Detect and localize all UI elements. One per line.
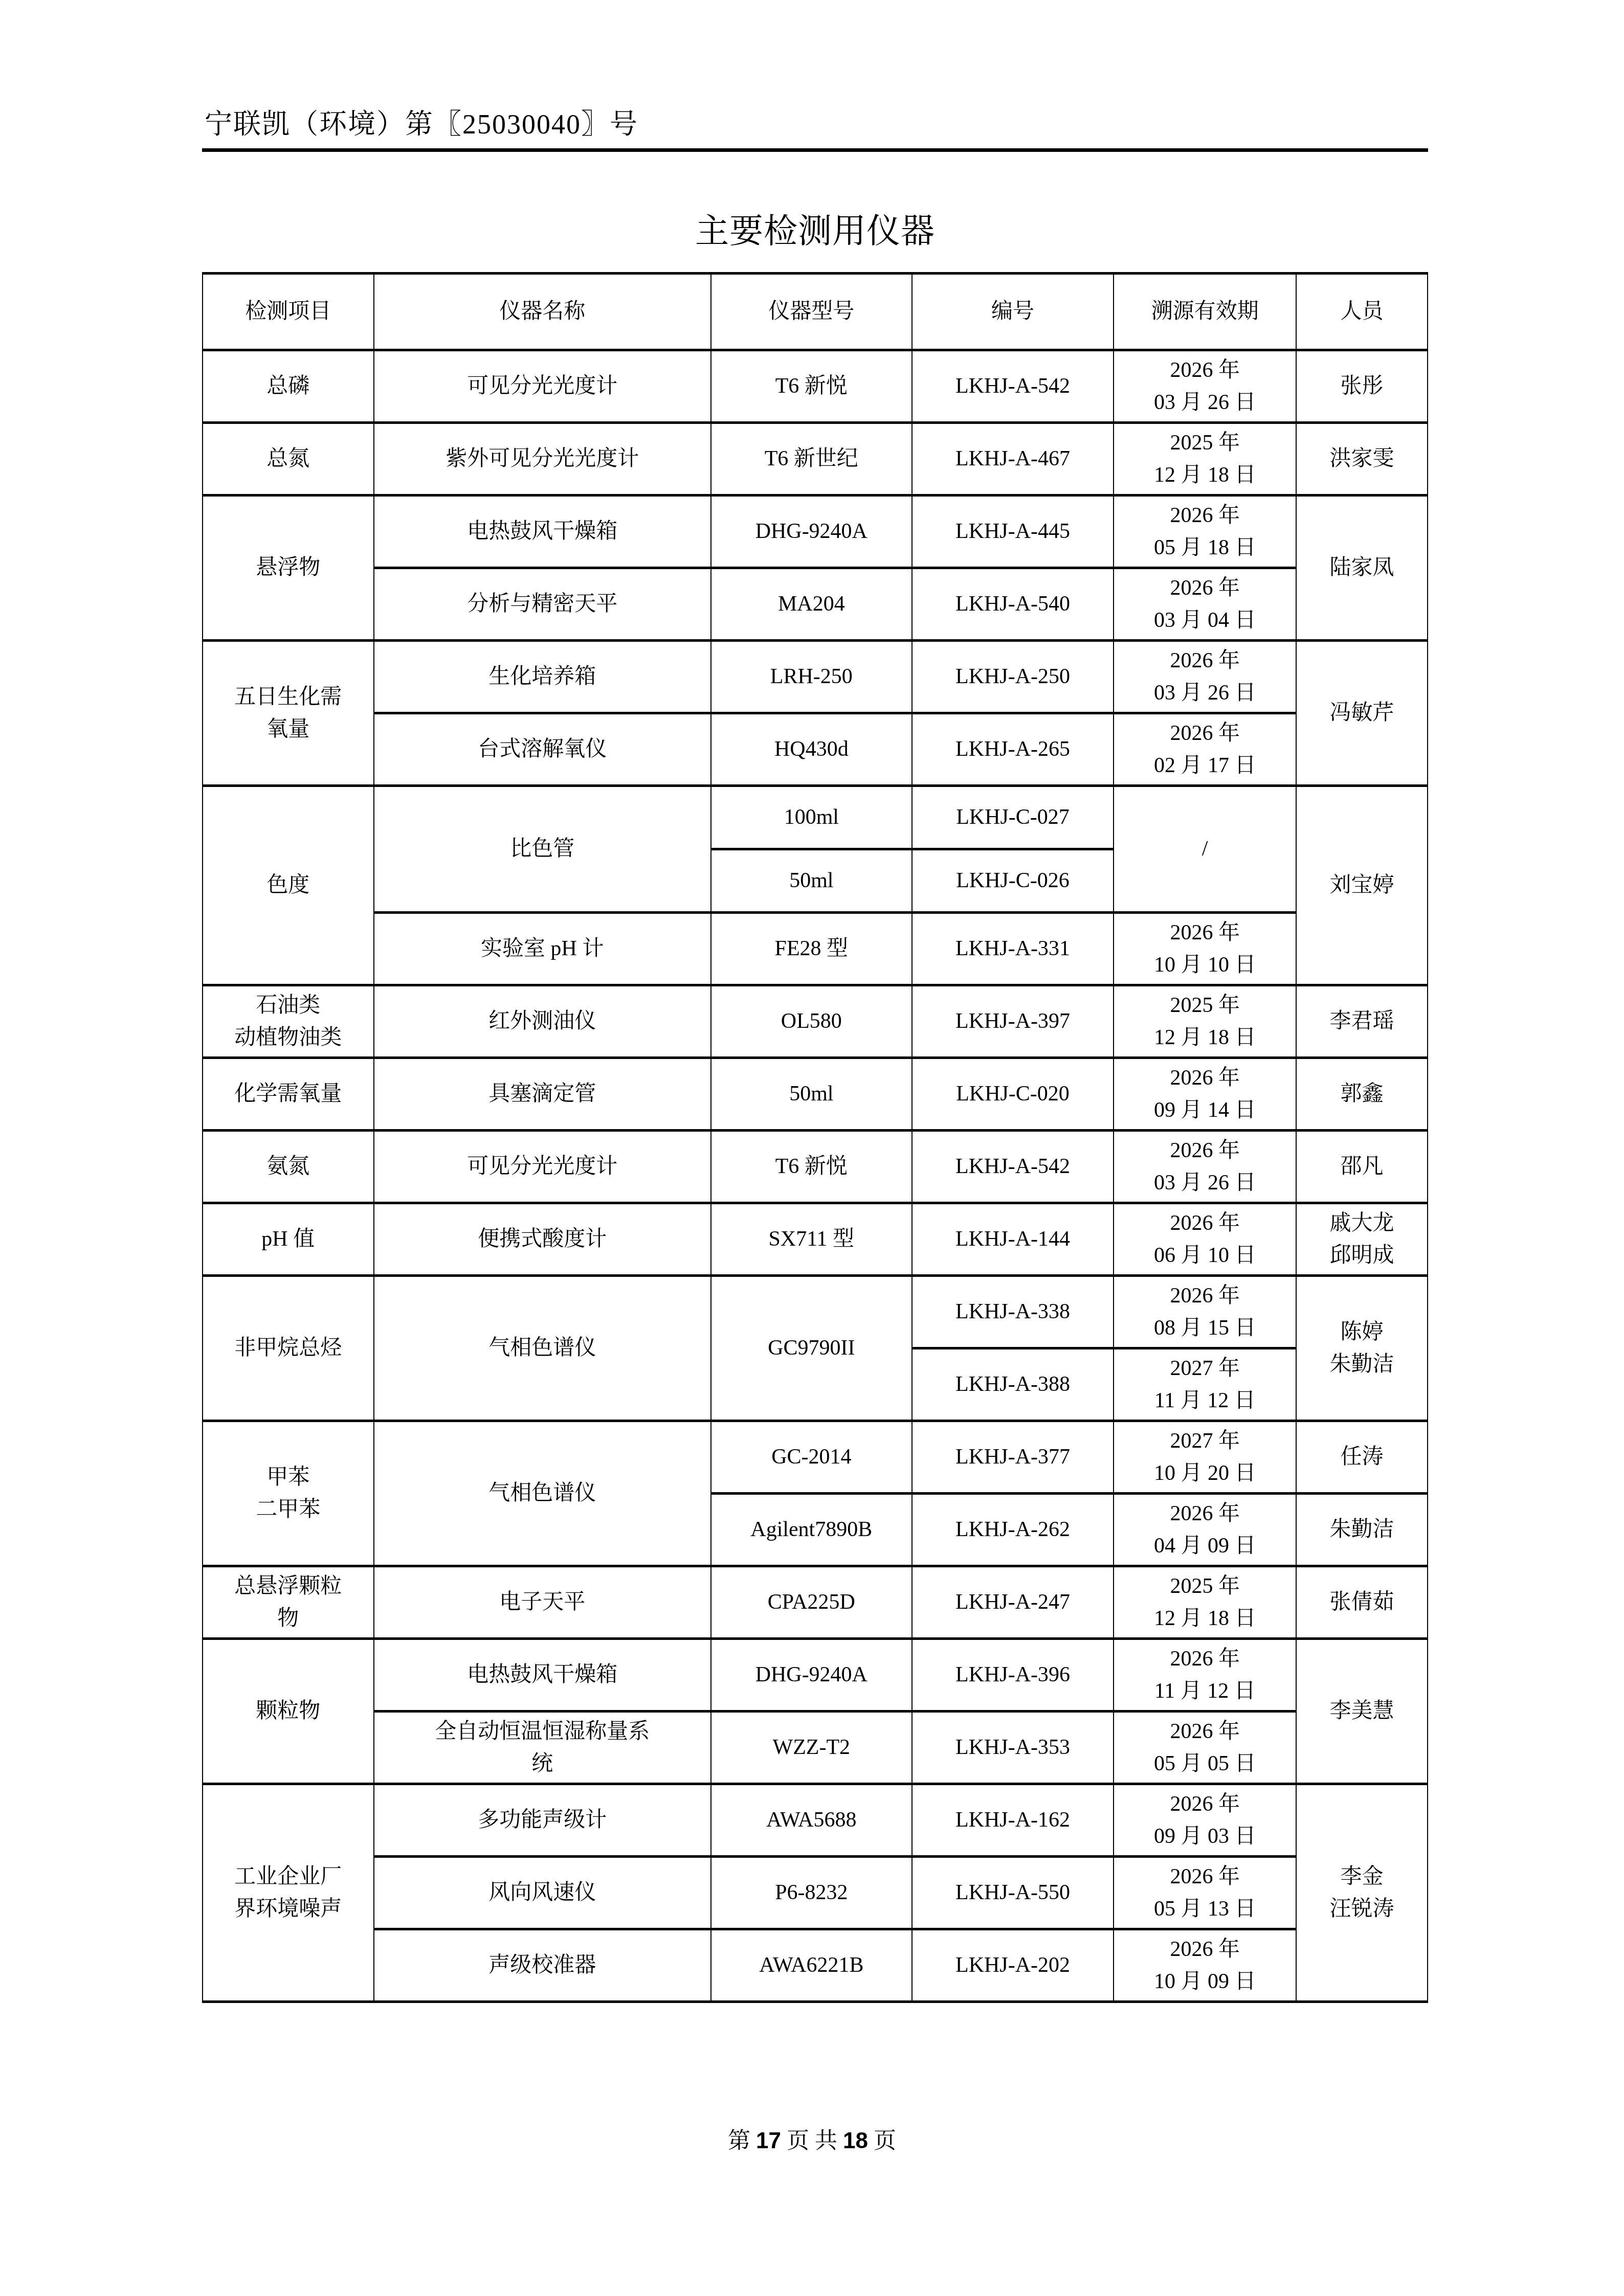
table-cell: 任涛 bbox=[1296, 1421, 1428, 1494]
table-row: 总氮 紫外可见分光光度计 T6 新世纪 LKHJ-A-467 2025 年 12… bbox=[203, 423, 1428, 496]
page-title: 主要检测用仪器 bbox=[202, 204, 1428, 252]
table-cell: 电热鼓风干燥箱 bbox=[374, 496, 711, 568]
table-cell: 总悬浮颗粒 物 bbox=[203, 1566, 374, 1639]
header-cell: 人员 bbox=[1296, 274, 1428, 350]
table-cell: 2026 年 03 月 26 日 bbox=[1114, 641, 1296, 713]
table-cell: 2026 年 10 月 10 日 bbox=[1114, 913, 1296, 985]
table-cell: DHG-9240A bbox=[711, 496, 912, 568]
table-row: 非甲烷总烃 气相色谱仪 GC9790II LKHJ-A-338 2026 年 0… bbox=[203, 1276, 1428, 1348]
table-row: 甲苯 二甲苯 气相色谱仪 GC-2014 LKHJ-A-377 2027 年 1… bbox=[203, 1421, 1428, 1494]
table-cell: 2026 年 06 月 10 日 bbox=[1114, 1203, 1296, 1276]
table-cell: 邵凡 bbox=[1296, 1131, 1428, 1203]
table-cell: 李金 汪锐涛 bbox=[1296, 1784, 1428, 2002]
table-cell: 化学需氧量 bbox=[203, 1058, 374, 1131]
table-cell: 陈婷 朱勤洁 bbox=[1296, 1276, 1428, 1421]
table-cell: LKHJ-A-202 bbox=[912, 1929, 1114, 2002]
table-cell: 2026 年 08 月 15 日 bbox=[1114, 1276, 1296, 1348]
table-cell: MA204 bbox=[711, 568, 912, 641]
table-cell: LKHJ-A-397 bbox=[912, 985, 1114, 1058]
document-number: 宁联凯（环境）第〖25030040〗号 bbox=[205, 102, 638, 142]
table-cell: 氨氮 bbox=[203, 1131, 374, 1203]
table-cell: 2027 年 10 月 20 日 bbox=[1114, 1421, 1296, 1494]
table-cell: WZZ-T2 bbox=[711, 1712, 912, 1784]
header-cell: 仪器型号 bbox=[711, 274, 912, 350]
table-row: 五日生化需 氧量 生化培养箱 LRH-250 LKHJ-A-250 2026 年… bbox=[203, 641, 1428, 713]
table-cell: 50ml bbox=[711, 1058, 912, 1131]
table-cell: 红外测油仪 bbox=[374, 985, 711, 1058]
table-cell: 冯敏芹 bbox=[1296, 641, 1428, 786]
table-cell: LKHJ-A-396 bbox=[912, 1639, 1114, 1712]
table-cell: LKHJ-A-331 bbox=[912, 913, 1114, 985]
table-cell: 100ml bbox=[711, 786, 912, 849]
table-cell: 五日生化需 氧量 bbox=[203, 641, 374, 786]
table-cell: 李美慧 bbox=[1296, 1639, 1428, 1784]
table-cell: 气相色谱仪 bbox=[374, 1276, 711, 1421]
table-cell: 2026 年 03 月 04 日 bbox=[1114, 568, 1296, 641]
table-cell: LKHJ-A-377 bbox=[912, 1421, 1114, 1494]
table-cell: 戚大龙 邱明成 bbox=[1296, 1203, 1428, 1276]
table-cell: LKHJ-A-542 bbox=[912, 350, 1114, 423]
table-cell: 颗粒物 bbox=[203, 1639, 374, 1784]
table-cell: LKHJ-A-542 bbox=[912, 1131, 1114, 1203]
table-row: 全自动恒温恒湿称量系 统 WZZ-T2 LKHJ-A-353 2026 年 05… bbox=[203, 1712, 1428, 1784]
header-cell: 仪器名称 bbox=[374, 274, 711, 350]
table-row: pH 值 便携式酸度计 SX711 型 LKHJ-A-144 2026 年 06… bbox=[203, 1203, 1428, 1276]
header-divider bbox=[202, 148, 1428, 152]
table-row: 台式溶解氧仪 HQ430d LKHJ-A-265 2026 年 02 月 17 … bbox=[203, 713, 1428, 786]
table-cell: LKHJ-A-144 bbox=[912, 1203, 1114, 1276]
table-cell: 2026 年 05 月 05 日 bbox=[1114, 1712, 1296, 1784]
table-cell: DHG-9240A bbox=[711, 1639, 912, 1712]
table-cell: 电子天平 bbox=[374, 1566, 711, 1639]
table-cell: 实验室 pH 计 bbox=[374, 913, 711, 985]
footer-total-pages: 18 bbox=[843, 2128, 868, 2153]
table-cell: 2025 年 12 月 18 日 bbox=[1114, 985, 1296, 1058]
table-cell: T6 新悦 bbox=[711, 350, 912, 423]
table-cell: 总氮 bbox=[203, 423, 374, 496]
table-cell: 刘宝婷 bbox=[1296, 786, 1428, 985]
table-cell: 郭鑫 bbox=[1296, 1058, 1428, 1131]
table-cell: OL580 bbox=[711, 985, 912, 1058]
table-cell: LRH-250 bbox=[711, 641, 912, 713]
table-cell: 可见分光光度计 bbox=[374, 1131, 711, 1203]
table-cell: LKHJ-A-467 bbox=[912, 423, 1114, 496]
table-cell: 风向风速仪 bbox=[374, 1857, 711, 1929]
instrument-table: 检测项目 仪器名称 仪器型号 编号 溯源有效期 人员 总磷 可见分光光度计 T6… bbox=[202, 272, 1428, 2003]
table-cell: AWA5688 bbox=[711, 1784, 912, 1857]
table-cell: 朱勤洁 bbox=[1296, 1494, 1428, 1566]
header-cell: 检测项目 bbox=[203, 274, 374, 350]
footer-prefix: 第 bbox=[728, 2128, 756, 2153]
table-cell: 具塞滴定管 bbox=[374, 1058, 711, 1131]
table-row: 工业企业厂 界环境噪声 多功能声级计 AWA5688 LKHJ-A-162 20… bbox=[203, 1784, 1428, 1857]
table-cell: CPA225D bbox=[711, 1566, 912, 1639]
table-row: 氨氮 可见分光光度计 T6 新悦 LKHJ-A-542 2026 年 03 月 … bbox=[203, 1131, 1428, 1203]
table-cell: pH 值 bbox=[203, 1203, 374, 1276]
table-cell: 2027 年 11 月 12 日 bbox=[1114, 1348, 1296, 1421]
table-cell: 2026 年 10 月 09 日 bbox=[1114, 1929, 1296, 2002]
page-footer: 第 17 页 共 18 页 bbox=[0, 2122, 1624, 2155]
table-cell: AWA6221B bbox=[711, 1929, 912, 2002]
table-cell: 2026 年 09 月 03 日 bbox=[1114, 1784, 1296, 1857]
table-row: 实验室 pH 计 FE28 型 LKHJ-A-331 2026 年 10 月 1… bbox=[203, 913, 1428, 985]
table-cell: 可见分光光度计 bbox=[374, 350, 711, 423]
table-cell: 2026 年 11 月 12 日 bbox=[1114, 1639, 1296, 1712]
table-cell: T6 新世纪 bbox=[711, 423, 912, 496]
table-cell: 2025 年 12 月 18 日 bbox=[1114, 1566, 1296, 1639]
table-cell: 2026 年 03 月 26 日 bbox=[1114, 350, 1296, 423]
table-row: 风向风速仪 P6-8232 LKHJ-A-550 2026 年 05 月 13 … bbox=[203, 1857, 1428, 1929]
table-row: 颗粒物 电热鼓风干燥箱 DHG-9240A LKHJ-A-396 2026 年 … bbox=[203, 1639, 1428, 1712]
table-cell: 50ml bbox=[711, 849, 912, 913]
table-cell: 多功能声级计 bbox=[374, 1784, 711, 1857]
table-cell: 全自动恒温恒湿称量系 统 bbox=[374, 1712, 711, 1784]
table-cell: LKHJ-A-388 bbox=[912, 1348, 1114, 1421]
table-cell: 2026 年 05 月 18 日 bbox=[1114, 496, 1296, 568]
table-cell: 张彤 bbox=[1296, 350, 1428, 423]
table-cell: LKHJ-A-540 bbox=[912, 568, 1114, 641]
table-cell: / bbox=[1114, 786, 1296, 913]
table-cell: SX711 型 bbox=[711, 1203, 912, 1276]
table-row: 石油类 动植物油类 红外测油仪 OL580 LKHJ-A-397 2025 年 … bbox=[203, 985, 1428, 1058]
table-row: 声级校准器 AWA6221B LKHJ-A-202 2026 年 10 月 09… bbox=[203, 1929, 1428, 2002]
table-cell: 李君瑶 bbox=[1296, 985, 1428, 1058]
footer-suffix: 页 bbox=[868, 2128, 896, 2153]
table-cell: LKHJ-A-262 bbox=[912, 1494, 1114, 1566]
table-cell: LKHJ-C-026 bbox=[912, 849, 1114, 913]
table-cell: LKHJ-A-550 bbox=[912, 1857, 1114, 1929]
table-row: 色度 比色管 100ml LKHJ-C-027 / 刘宝婷 bbox=[203, 786, 1428, 849]
table-cell: LKHJ-A-247 bbox=[912, 1566, 1114, 1639]
table-cell: 张倩茹 bbox=[1296, 1566, 1428, 1639]
table-cell: LKHJ-A-353 bbox=[912, 1712, 1114, 1784]
table-cell: LKHJ-A-265 bbox=[912, 713, 1114, 786]
table-cell: GC9790II bbox=[711, 1276, 912, 1421]
table-cell: 色度 bbox=[203, 786, 374, 985]
table-cell: 电热鼓风干燥箱 bbox=[374, 1639, 711, 1712]
table-cell: 洪家雯 bbox=[1296, 423, 1428, 496]
table-cell: HQ430d bbox=[711, 713, 912, 786]
table-cell: 分析与精密天平 bbox=[374, 568, 711, 641]
table-cell: 比色管 bbox=[374, 786, 711, 913]
table-cell: LKHJ-A-162 bbox=[912, 1784, 1114, 1857]
table-cell: 甲苯 二甲苯 bbox=[203, 1421, 374, 1566]
table-cell: LKHJ-C-027 bbox=[912, 786, 1114, 849]
table-row: 总悬浮颗粒 物 电子天平 CPA225D LKHJ-A-247 2025 年 1… bbox=[203, 1566, 1428, 1639]
table-cell: 石油类 动植物油类 bbox=[203, 985, 374, 1058]
table-cell: 便携式酸度计 bbox=[374, 1203, 711, 1276]
table-row: 化学需氧量 具塞滴定管 50ml LKHJ-C-020 2026 年 09 月 … bbox=[203, 1058, 1428, 1131]
header-cell: 溯源有效期 bbox=[1114, 274, 1296, 350]
table-cell: 工业企业厂 界环境噪声 bbox=[203, 1784, 374, 2002]
footer-page-number: 17 bbox=[756, 2128, 781, 2153]
table-cell: LKHJ-A-250 bbox=[912, 641, 1114, 713]
table-cell: LKHJ-A-338 bbox=[912, 1276, 1114, 1348]
table-cell: 气相色谱仪 bbox=[374, 1421, 711, 1566]
table-cell: 声级校准器 bbox=[374, 1929, 711, 2002]
table-row: 总磷 可见分光光度计 T6 新悦 LKHJ-A-542 2026 年 03 月 … bbox=[203, 350, 1428, 423]
document-page: 宁联凯（环境）第〖25030040〗号 主要检测用仪器 检测项目 仪器名称 仪器… bbox=[0, 0, 1624, 2296]
table-cell: 台式溶解氧仪 bbox=[374, 713, 711, 786]
table-cell: 2026 年 05 月 13 日 bbox=[1114, 1857, 1296, 1929]
table-row: 悬浮物 电热鼓风干燥箱 DHG-9240A LKHJ-A-445 2026 年 … bbox=[203, 496, 1428, 568]
table-cell: T6 新悦 bbox=[711, 1131, 912, 1203]
table-cell: LKHJ-C-020 bbox=[912, 1058, 1114, 1131]
table-cell: 生化培养箱 bbox=[374, 641, 711, 713]
table-cell: Agilent7890B bbox=[711, 1494, 912, 1566]
table-cell: FE28 型 bbox=[711, 913, 912, 985]
table-cell: 悬浮物 bbox=[203, 496, 374, 641]
table-cell: 2025 年 12 月 18 日 bbox=[1114, 423, 1296, 496]
table-row: 分析与精密天平 MA204 LKHJ-A-540 2026 年 03 月 04 … bbox=[203, 568, 1428, 641]
table-cell: 陆家凤 bbox=[1296, 496, 1428, 641]
footer-middle: 页 共 bbox=[781, 2128, 843, 2153]
table-cell: 2026 年 03 月 26 日 bbox=[1114, 1131, 1296, 1203]
table-cell: 2026 年 04 月 09 日 bbox=[1114, 1494, 1296, 1566]
table-cell: 总磷 bbox=[203, 350, 374, 423]
table-cell: P6-8232 bbox=[711, 1857, 912, 1929]
table-cell: LKHJ-A-445 bbox=[912, 496, 1114, 568]
table-cell: 紫外可见分光光度计 bbox=[374, 423, 711, 496]
table-header-row: 检测项目 仪器名称 仪器型号 编号 溯源有效期 人员 bbox=[203, 274, 1428, 350]
table-cell: 2026 年 02 月 17 日 bbox=[1114, 713, 1296, 786]
table-cell: 非甲烷总烃 bbox=[203, 1276, 374, 1421]
table-cell: 2026 年 09 月 14 日 bbox=[1114, 1058, 1296, 1131]
table-cell: GC-2014 bbox=[711, 1421, 912, 1494]
header-cell: 编号 bbox=[912, 274, 1114, 350]
